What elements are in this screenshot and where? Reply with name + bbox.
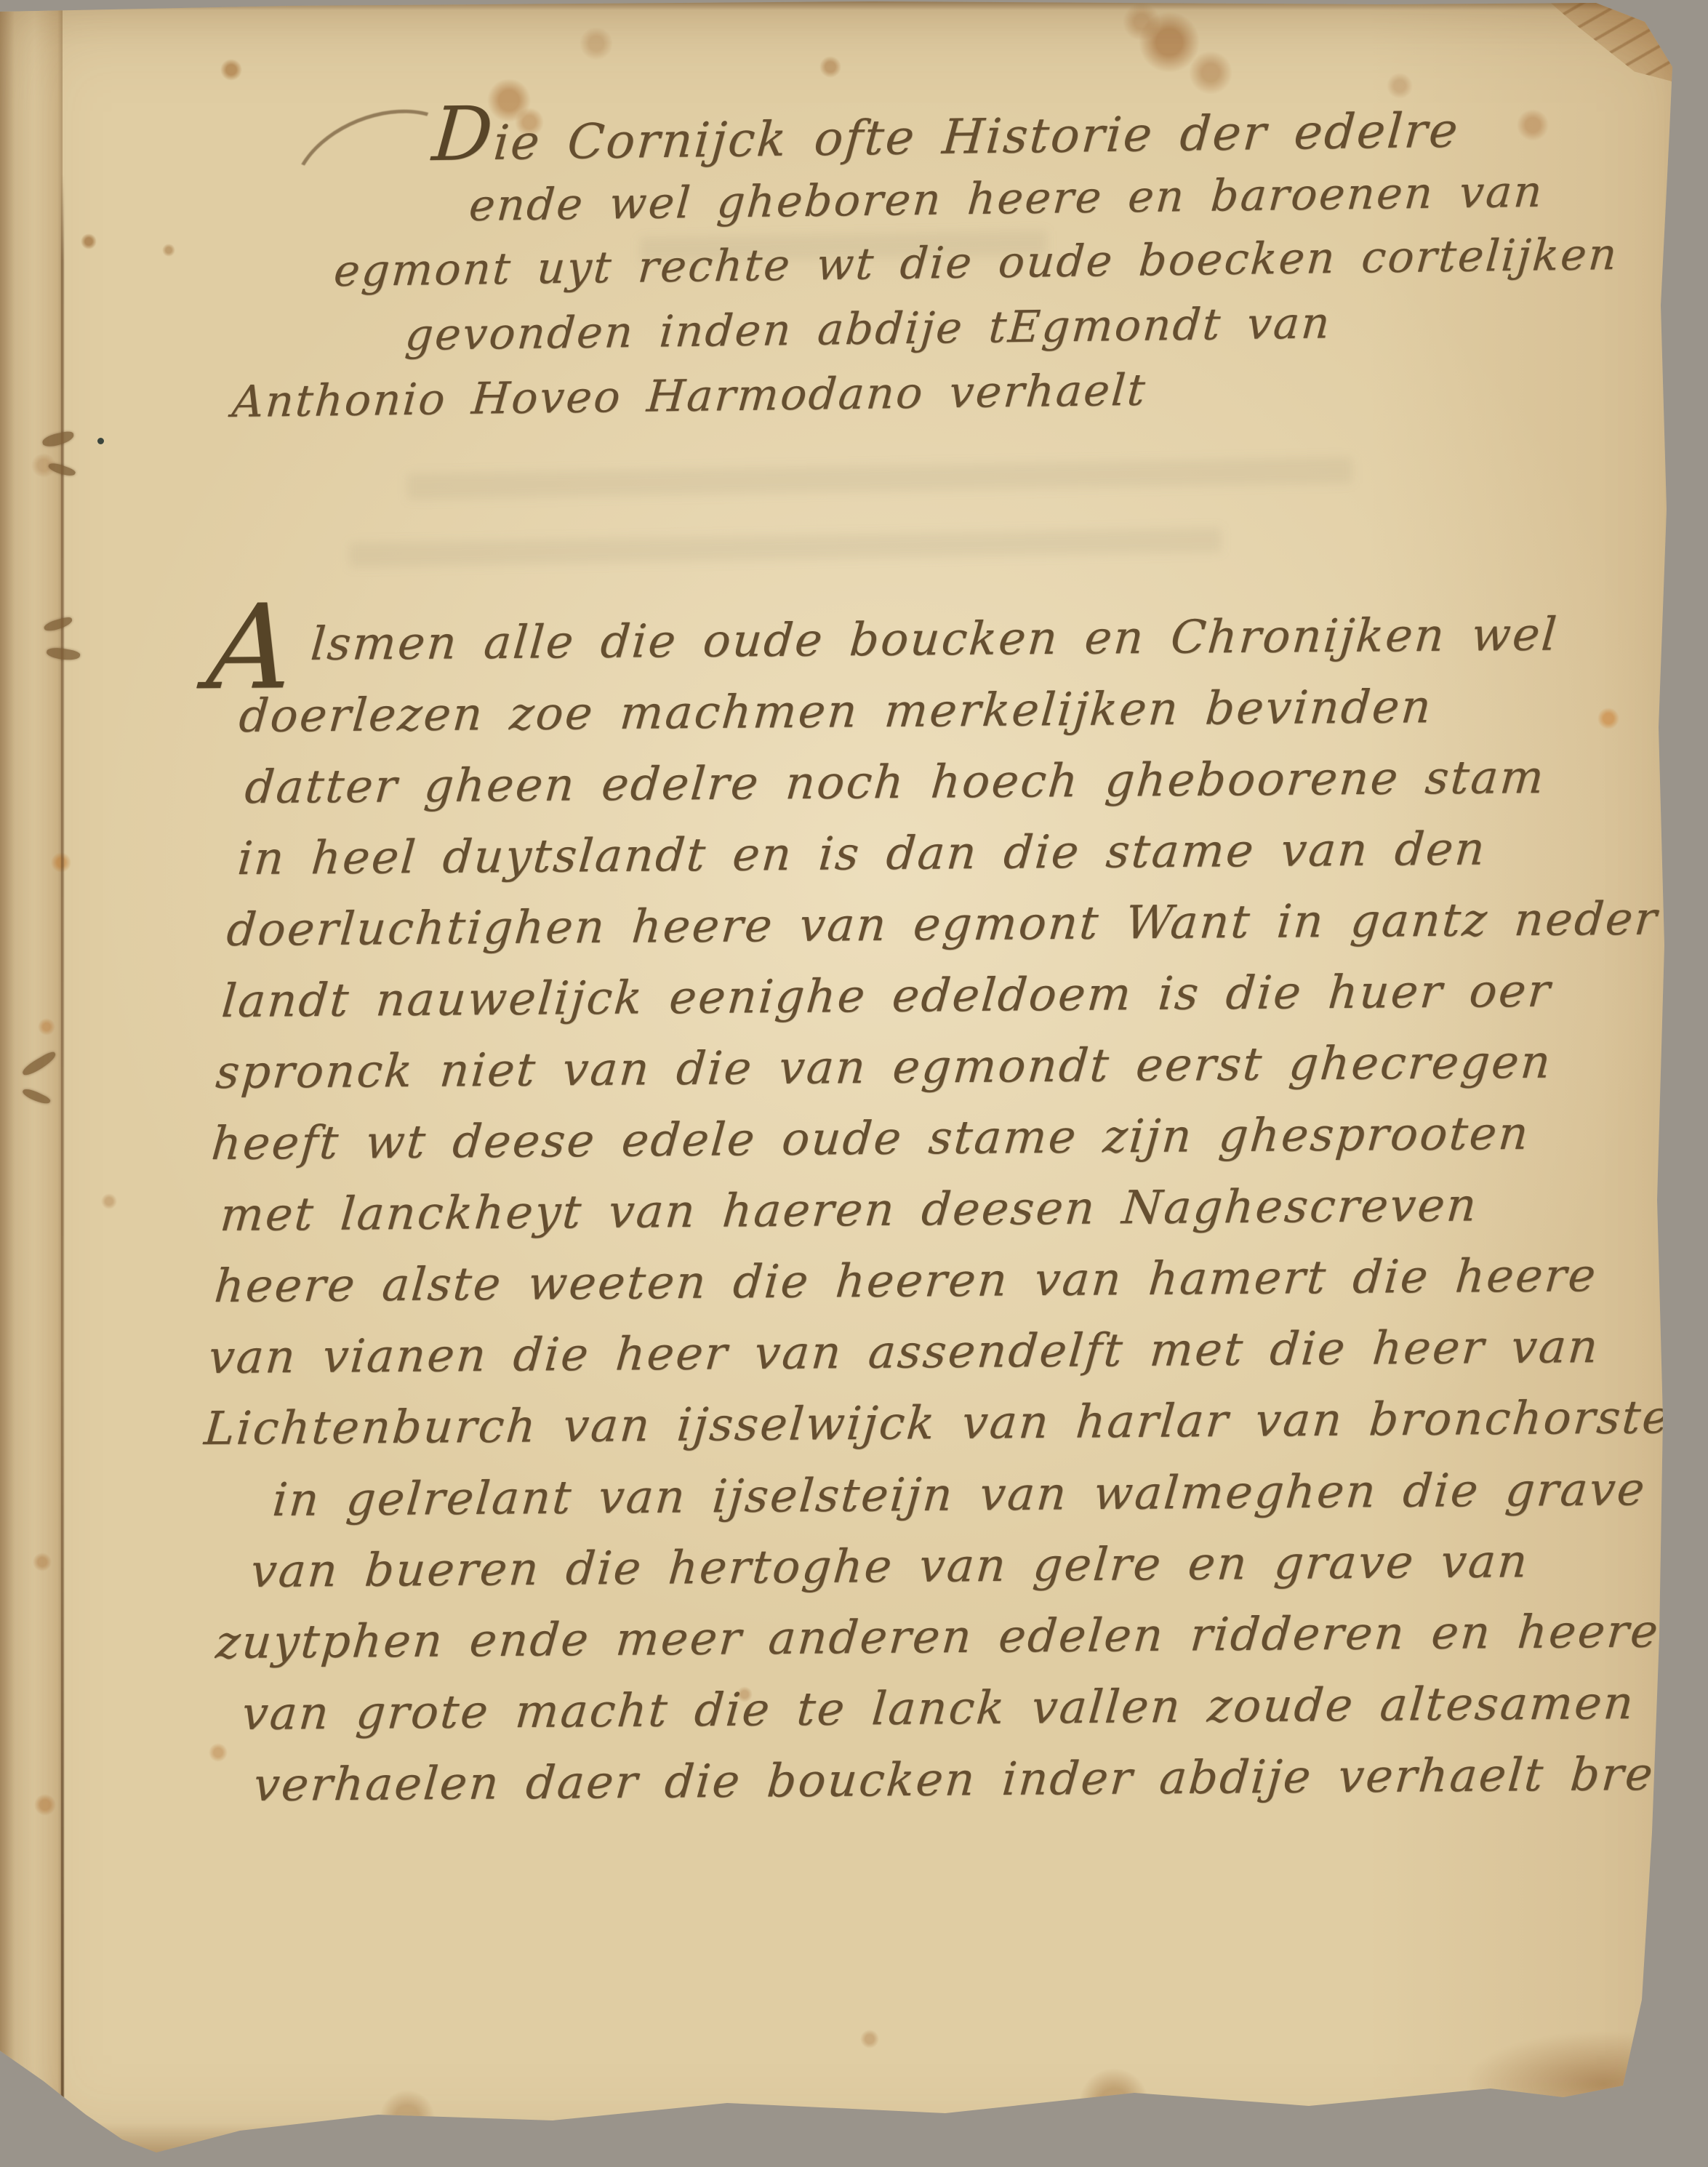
manuscript-line: heeft wt deese edele oude stame zijn ghe… — [209, 1107, 1532, 1170]
sewing-thread — [46, 646, 81, 662]
worn-corner-bottom-right — [1469, 2033, 1694, 2118]
facing-leaf-sliver — [0, 0, 63, 2167]
manuscript-line: Alsmen alle die oude boucken en Chronijk… — [212, 608, 1560, 688]
sewing-thread — [20, 1050, 58, 1078]
manuscript-line: doerlezen zoe machmen merkelijken bevind… — [237, 680, 1435, 742]
manuscript-line: ende wel gheboren heere en baroenen van — [468, 167, 1546, 231]
manuscript-line: verhaelen daer die boucken inder abdije … — [252, 1747, 1708, 1811]
manuscript-line: Die Cornijck ofte Historie der edelre — [430, 96, 1462, 172]
sewing-thread — [21, 1086, 51, 1107]
manuscript-line: van bueren die hertoghe van gelre en gra… — [249, 1534, 1531, 1598]
thread-dot — [97, 438, 104, 444]
manuscript-line: gevonden inden abdije tEgmondt van — [404, 297, 1334, 361]
sewing-thread — [41, 430, 75, 449]
manuscript-line: met lanckheyt van haeren deesen Naghescr… — [218, 1178, 1480, 1241]
verso-show-through — [407, 457, 1352, 500]
manuscript-line: heere alste weeten die heeren van hamert… — [212, 1249, 1599, 1313]
manuscript-line: van grote macht die te lanck vallen zoud… — [240, 1675, 1708, 1740]
manuscript-line: in heel duytslandt en is dan die stame v… — [236, 822, 1488, 886]
manuscript-line: doerluchtighen heere van egmont Want in … — [225, 892, 1660, 957]
gutter-crease — [61, 175, 64, 2155]
manuscript-line: Lichtenburch van ijsselwijck van harlar … — [202, 1390, 1704, 1455]
photo-backdrop: Die Cornijck ofte Historie der edelreend… — [0, 0, 1708, 2167]
manuscript-line: egmont uyt rechte wt die oude boecken co… — [332, 229, 1620, 297]
manuscript-page: Die Cornijck ofte Historie der edelreend… — [0, 0, 1708, 2167]
manuscript-line: Anthonio Hoveo Harmodano verhaelt — [230, 365, 1149, 428]
manuscript-line: spronck niet van die van egmondt eerst g… — [214, 1036, 1554, 1099]
manuscript-line: zuytphen ende meer anderen edelen ridder… — [214, 1604, 1661, 1669]
worn-corner-top-right — [1547, 0, 1706, 156]
manuscript-line: landt nauwelijck eenighe edeldoem is die… — [220, 964, 1554, 1028]
sewing-thread — [47, 461, 76, 478]
manuscript-line: in gelrelant van ijselsteijn van walmegh… — [270, 1462, 1648, 1526]
manuscript-line: van vianen die heer van assendelft met d… — [207, 1320, 1601, 1384]
sewing-thread — [43, 616, 73, 633]
verso-show-through — [349, 528, 1222, 568]
manuscript-line: datter gheen edelre noch hoech ghebooren… — [243, 750, 1547, 814]
